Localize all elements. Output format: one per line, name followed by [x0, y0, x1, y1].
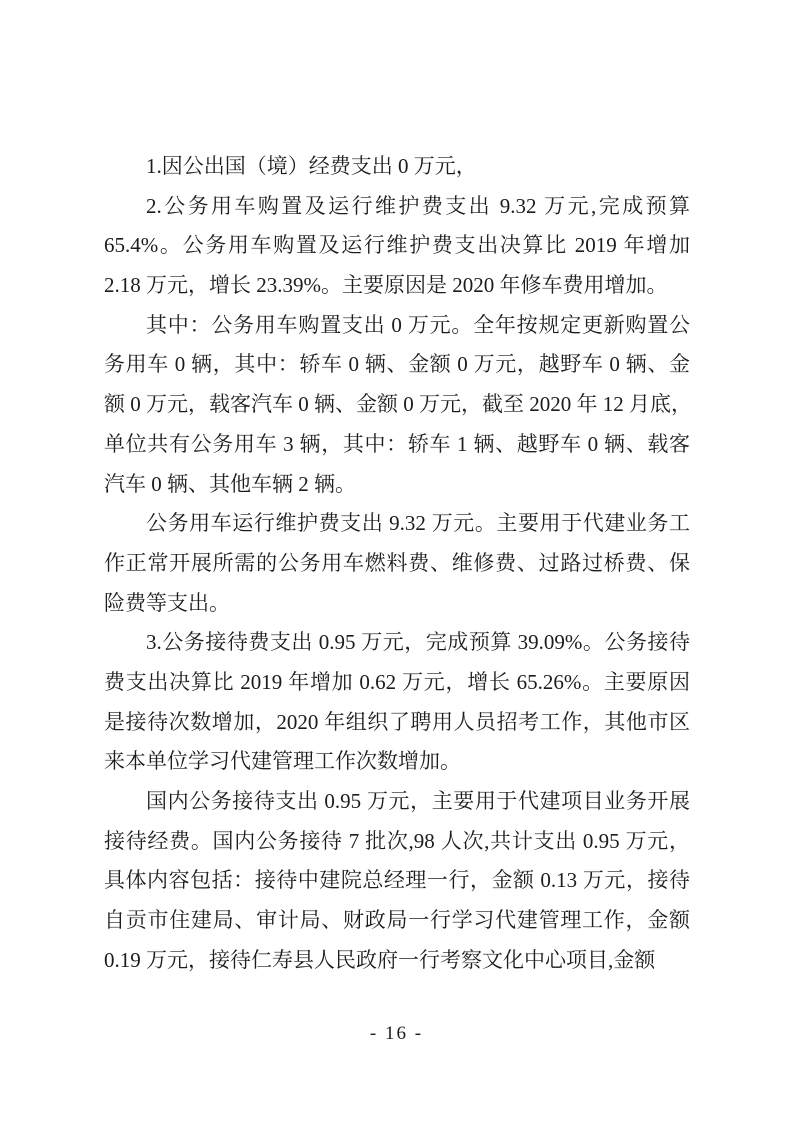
text-line: 0.19 万元，接待仁寿县人民政府一行考察文化中心项目,金额	[104, 941, 690, 981]
page-footer: - 16 -	[0, 1019, 793, 1049]
text-line: 汽车 0 辆、其他车辆 2 辆。	[104, 465, 690, 505]
text-line: 3.公务接待费支出 0.95 万元，完成预算 39.09%。公务接待	[104, 623, 690, 663]
text-line: 其中：公务用车购置支出 0 万元。全年按规定更新购置公	[104, 306, 690, 346]
text-line: 来本单位学习代建管理工作次数增加。	[104, 742, 690, 782]
text-line: 单位共有公务用车 3 辆，其中：轿车 1 辆、越野车 0 辆、载客	[104, 425, 690, 465]
text-line: 额 0 万元，载客汽车 0 辆、金额 0 万元，截至 2020 年 12 月底，	[104, 385, 690, 425]
text-line: 务用车 0 辆，其中：轿车 0 辆、金额 0 万元，越野车 0 辆、金	[104, 345, 690, 385]
text-line: 1.因公出国（境）经费支出 0 万元，	[104, 147, 690, 187]
text-line: 接待经费。国内公务接待 7 批次,98 人次,共计支出 0.95 万元，	[104, 822, 690, 862]
text-line: 65.4%。公务用车购置及运行维护费支出决算比 2019 年增加	[104, 226, 690, 266]
page-number: - 16 -	[370, 1023, 423, 1044]
text-line: 具体内容包括：接待中建院总经理一行，金额 0.13 万元，接待	[104, 861, 690, 901]
text-line: 自贡市住建局、审计局、财政局一行学习代建管理工作，金额	[104, 901, 690, 941]
text-line: 费支出决算比 2019 年增加 0.62 万元，增长 65.26%。主要原因	[104, 663, 690, 703]
text-line: 2.公务用车购置及运行维护费支出 9.32 万元,完成预算	[104, 187, 690, 227]
text-line: 是接待次数增加，2020 年组织了聘用人员招考工作，其他市区	[104, 703, 690, 743]
text-line: 险费等支出。	[104, 584, 690, 624]
text-line: 公务用车运行维护费支出 9.32 万元。主要用于代建业务工	[104, 504, 690, 544]
text-line: 作正常开展所需的公务用车燃料费、维修费、过路过桥费、保	[104, 544, 690, 584]
document-body: 1.因公出国（境）经费支出 0 万元，2.公务用车购置及运行维护费支出 9.32…	[104, 147, 690, 980]
text-line: 国内公务接待支出 0.95 万元，主要用于代建项目业务开展	[104, 782, 690, 822]
text-line: 2.18 万元，增长 23.39%。主要原因是 2020 年修车费用增加。	[104, 266, 690, 306]
